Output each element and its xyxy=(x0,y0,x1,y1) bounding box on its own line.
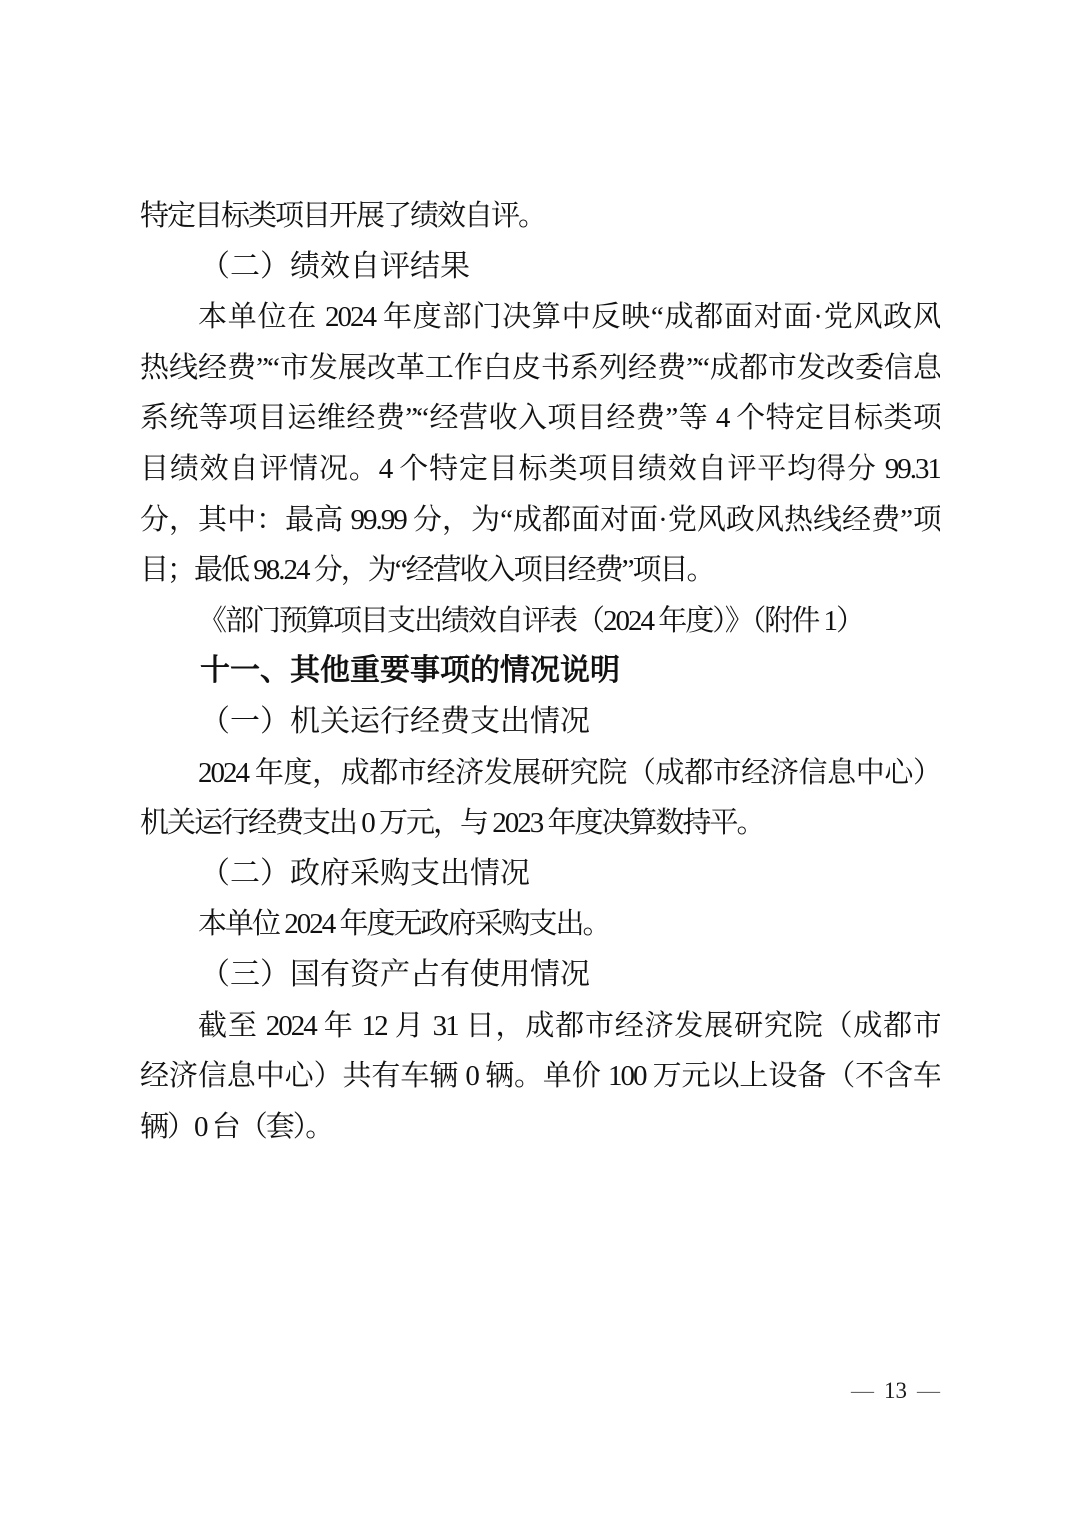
paragraph-line: 系统等项目运维经费”“经营收入项目经费”等 4 个特定目标类项 xyxy=(140,393,940,444)
page-number-dash-right: — xyxy=(917,1378,940,1403)
page-number-dash-left: — xyxy=(851,1378,874,1403)
paragraph-line: 分，其中：最高 99.99 分，为“成都面对面·党风政风热线经费”项 xyxy=(140,495,940,546)
subsection-heading: （二）政府采购支出情况 xyxy=(140,849,940,900)
paragraph-line: 本单位 2024 年度无政府采购支出。 xyxy=(140,899,940,950)
paragraph-line: 经济信息中心）共有车辆 0 辆。单价 100 万元以上设备（不含车 xyxy=(140,1051,940,1102)
paragraph-line: 辆）0 台（套）。 xyxy=(140,1102,940,1153)
subsection-heading: （二）绩效自评结果 xyxy=(140,242,940,293)
paragraph-line: 本单位在 2024 年度部门决算中反映“成都面对面·党风政风 xyxy=(140,292,940,343)
subsection-heading: （一）机关运行经费支出情况 xyxy=(140,697,940,748)
section-heading: 十一、其他重要事项的情况说明 xyxy=(140,646,940,697)
paragraph-line: 目绩效自评情况。4 个特定目标类项目绩效自评平均得分 99.31 xyxy=(140,444,940,495)
document-page: 特定目标类项目开展了绩效自评。 （二）绩效自评结果 本单位在 2024 年度部门… xyxy=(0,0,1080,1527)
paragraph-line: 特定目标类项目开展了绩效自评。 xyxy=(140,191,940,242)
paragraph-line: 机关运行经费支出 0 万元，与 2023 年度决算数持平。 xyxy=(140,798,940,849)
attachment-reference: 《部门预算项目支出绩效自评表（2024 年度）》（附件 1） xyxy=(140,596,940,647)
paragraph-line: 热线经费”“市发展改革工作白皮书系列经费”“成都市发改委信息 xyxy=(140,343,940,394)
subsection-heading: （三）国有资产占有使用情况 xyxy=(140,950,940,1001)
paragraph-line: 2024 年度，成都市经济发展研究院（成都市经济信息中心） xyxy=(140,748,940,799)
document-body: 特定目标类项目开展了绩效自评。 （二）绩效自评结果 本单位在 2024 年度部门… xyxy=(140,191,940,1152)
page-number: —13— xyxy=(851,1376,940,1406)
paragraph-line: 截至 2024 年 12 月 31 日，成都市经济发展研究院（成都市 xyxy=(140,1001,940,1052)
page-number-value: 13 xyxy=(884,1378,907,1403)
paragraph-line: 目；最低 98.24 分，为“经营收入项目经费”项目。 xyxy=(140,545,940,596)
